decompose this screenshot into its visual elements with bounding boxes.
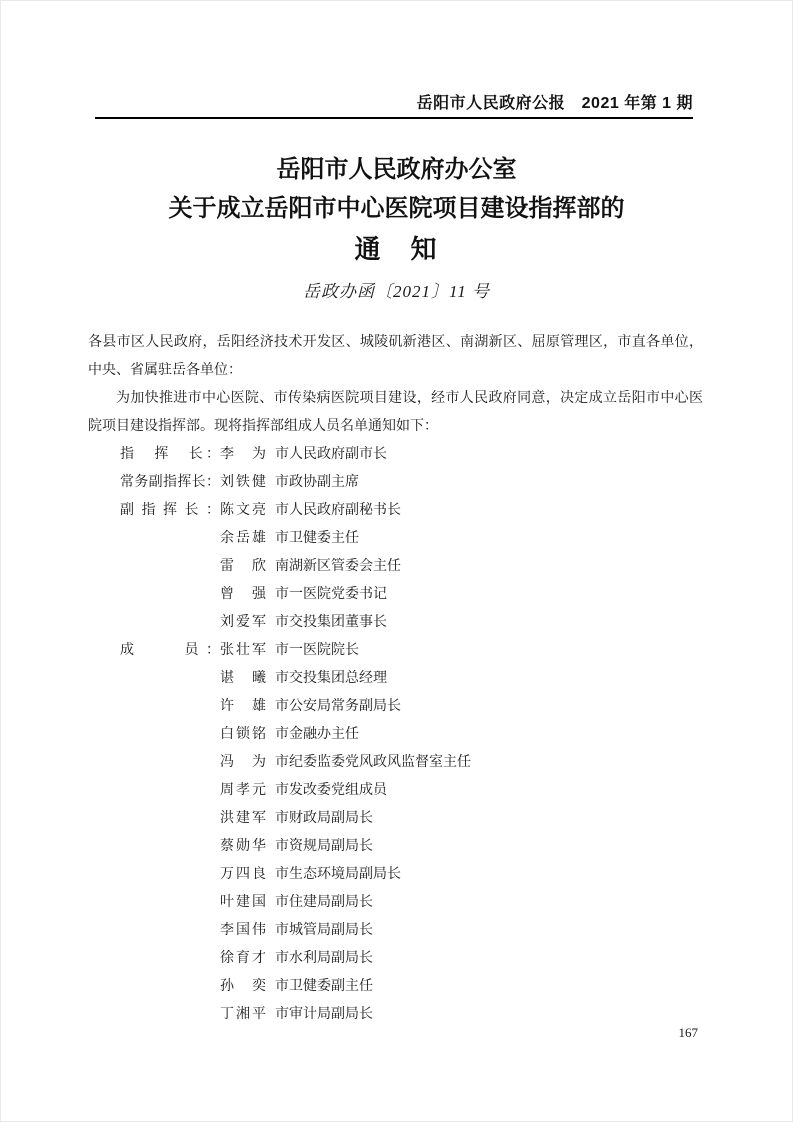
roster-person-title: 市卫健委副主任 [275, 973, 373, 1001]
roster-row: 常务副指挥长： 刘铁健 市政协副主席 [88, 469, 703, 497]
roster-role-label: 常务副指挥长： [120, 469, 220, 497]
roster-role-label [120, 917, 220, 945]
roster-person-name: 洪建军 [220, 805, 266, 833]
page-number: 167 [88, 1025, 703, 1041]
roster-person-name: 李国伟 [220, 917, 266, 945]
roster-row: 副指挥长： 陈文亮 市人民政府副秘书长 [88, 497, 703, 525]
roster-person-title: 市住建局副局长 [275, 889, 373, 917]
roster-person-title: 市公安局常务副局长 [275, 693, 401, 721]
roster-role-label [120, 693, 220, 721]
title-issuing-office: 岳阳市人民政府办公室 [0, 151, 793, 190]
roster-row: 雷 欣 南湖新区管委会主任 [88, 553, 703, 581]
roster-person-name: 刘铁健 [220, 469, 266, 497]
roster-person-name: 张壮军 [220, 637, 266, 665]
roster-person-title: 市资规局副局长 [275, 833, 373, 861]
roster-person-name: 雷 欣 [220, 553, 266, 581]
roster-person-title: 市人民政府副市长 [275, 441, 387, 469]
roster-person-name: 余岳雄 [220, 525, 266, 553]
roster-person-name: 李 为 [220, 441, 266, 469]
roster-row: 刘爱军 市交投集团董事长 [88, 609, 703, 637]
roster-row: 周孝元 市发改委党组成员 [88, 777, 703, 805]
roster-person-name: 刘爱军 [220, 609, 266, 637]
roster-role-label [120, 861, 220, 889]
roster-person-title: 市人民政府副秘书长 [275, 497, 401, 525]
document-body: 各县市区人民政府，岳阳经济技术开发区、城陵矶新港区、南湖新区、屈原管理区，市直各… [88, 329, 703, 1029]
roster-role-label: 指 挥 长： [120, 441, 220, 469]
masthead-journal-title: 岳阳市人民政府公报 2021 年第 1 期 [95, 93, 693, 115]
document-number: 岳政办函〔2021〕11 号 [0, 279, 793, 305]
roster-person-name: 曾 强 [220, 581, 266, 609]
roster-row: 曾 强 市一医院党委书记 [88, 581, 703, 609]
roster-person-title: 市生态环境局副局长 [275, 861, 401, 889]
roster-row: 李国伟 市城管局副局长 [88, 917, 703, 945]
roster-role-label [120, 609, 220, 637]
roster-row: 余岳雄 市卫健委主任 [88, 525, 703, 553]
roster-list: 指 挥 长： 李 为 市人民政府副市长 常务副指挥长： 刘铁健 市政协副主席 副… [88, 441, 703, 1029]
addressees-paragraph: 各县市区人民政府，岳阳经济技术开发区、城陵矶新港区、南湖新区、屈原管理区，市直各… [88, 329, 703, 385]
roster-person-title: 市发改委党组成员 [275, 777, 387, 805]
roster-role-label [120, 805, 220, 833]
intro-paragraph: 为加快推进市中心医院、市传染病医院项目建设，经市人民政府同意，决定成立岳阳市中心… [88, 385, 703, 441]
title-notice-word: 通 知 [0, 229, 793, 270]
roster-role-label [120, 749, 220, 777]
roster-person-name: 蔡勋华 [220, 833, 266, 861]
roster-person-title: 市金融办主任 [275, 721, 359, 749]
roster-person-name: 万四良 [220, 861, 266, 889]
roster-person-name: 白锁铭 [220, 721, 266, 749]
roster-person-name: 徐育才 [220, 945, 266, 973]
roster-person-title: 市城管局副局长 [275, 917, 373, 945]
title-subject: 关于成立岳阳市中心医院项目建设指挥部的 [0, 190, 793, 229]
roster-row: 蔡勋华 市资规局副局长 [88, 833, 703, 861]
roster-row: 孙 奕 市卫健委副主任 [88, 973, 703, 1001]
roster-person-title: 市一医院党委书记 [275, 581, 387, 609]
roster-person-name: 周孝元 [220, 777, 266, 805]
roster-role-label [120, 889, 220, 917]
roster-person-title: 市卫健委主任 [275, 525, 359, 553]
roster-person-title: 南湖新区管委会主任 [275, 553, 401, 581]
roster-person-name: 孙 奕 [220, 973, 266, 1001]
roster-person-name: 谌 曦 [220, 665, 266, 693]
roster-person-name: 冯 为 [220, 749, 266, 777]
roster-role-label [120, 973, 220, 1001]
roster-row: 叶建国 市住建局副局长 [88, 889, 703, 917]
roster-row: 成 员： 张壮军 市一医院院长 [88, 637, 703, 665]
roster-row: 许 雄 市公安局常务副局长 [88, 693, 703, 721]
roster-person-name: 叶建国 [220, 889, 266, 917]
roster-person-name: 许 雄 [220, 693, 266, 721]
roster-person-title: 市交投集团总经理 [275, 665, 387, 693]
roster-row: 洪建军 市财政局副局长 [88, 805, 703, 833]
roster-role-label [120, 525, 220, 553]
roster-role-label [120, 833, 220, 861]
roster-person-title: 市财政局副局长 [275, 805, 373, 833]
masthead-rule [95, 117, 693, 119]
roster-row: 指 挥 长： 李 为 市人民政府副市长 [88, 441, 703, 469]
document-title-block: 岳阳市人民政府办公室 关于成立岳阳市中心医院项目建设指挥部的 通 知 [0, 151, 793, 270]
roster-person-title: 市一医院院长 [275, 637, 359, 665]
roster-role-label [120, 581, 220, 609]
gazette-page: 岳阳市人民政府公报 2021 年第 1 期 岳阳市人民政府办公室 关于成立岳阳市… [0, 0, 793, 1122]
roster-role-label [120, 721, 220, 749]
roster-role-label: 副指挥长： [120, 497, 220, 525]
roster-row: 谌 曦 市交投集团总经理 [88, 665, 703, 693]
roster-person-title: 市纪委监委党风政风监督室主任 [275, 749, 471, 777]
roster-role-label [120, 945, 220, 973]
roster-row: 徐育才 市水利局副局长 [88, 945, 703, 973]
roster-row: 白锁铭 市金融办主任 [88, 721, 703, 749]
roster-role-label: 成 员： [120, 637, 220, 665]
roster-row: 冯 为 市纪委监委党风政风监督室主任 [88, 749, 703, 777]
roster-role-label [120, 553, 220, 581]
roster-role-label [120, 665, 220, 693]
roster-person-title: 市水利局副局长 [275, 945, 373, 973]
roster-person-title: 市政协副主席 [275, 469, 359, 497]
roster-role-label [120, 777, 220, 805]
roster-person-name: 陈文亮 [220, 497, 266, 525]
roster-row: 万四良 市生态环境局副局长 [88, 861, 703, 889]
roster-person-title: 市交投集团董事长 [275, 609, 387, 637]
